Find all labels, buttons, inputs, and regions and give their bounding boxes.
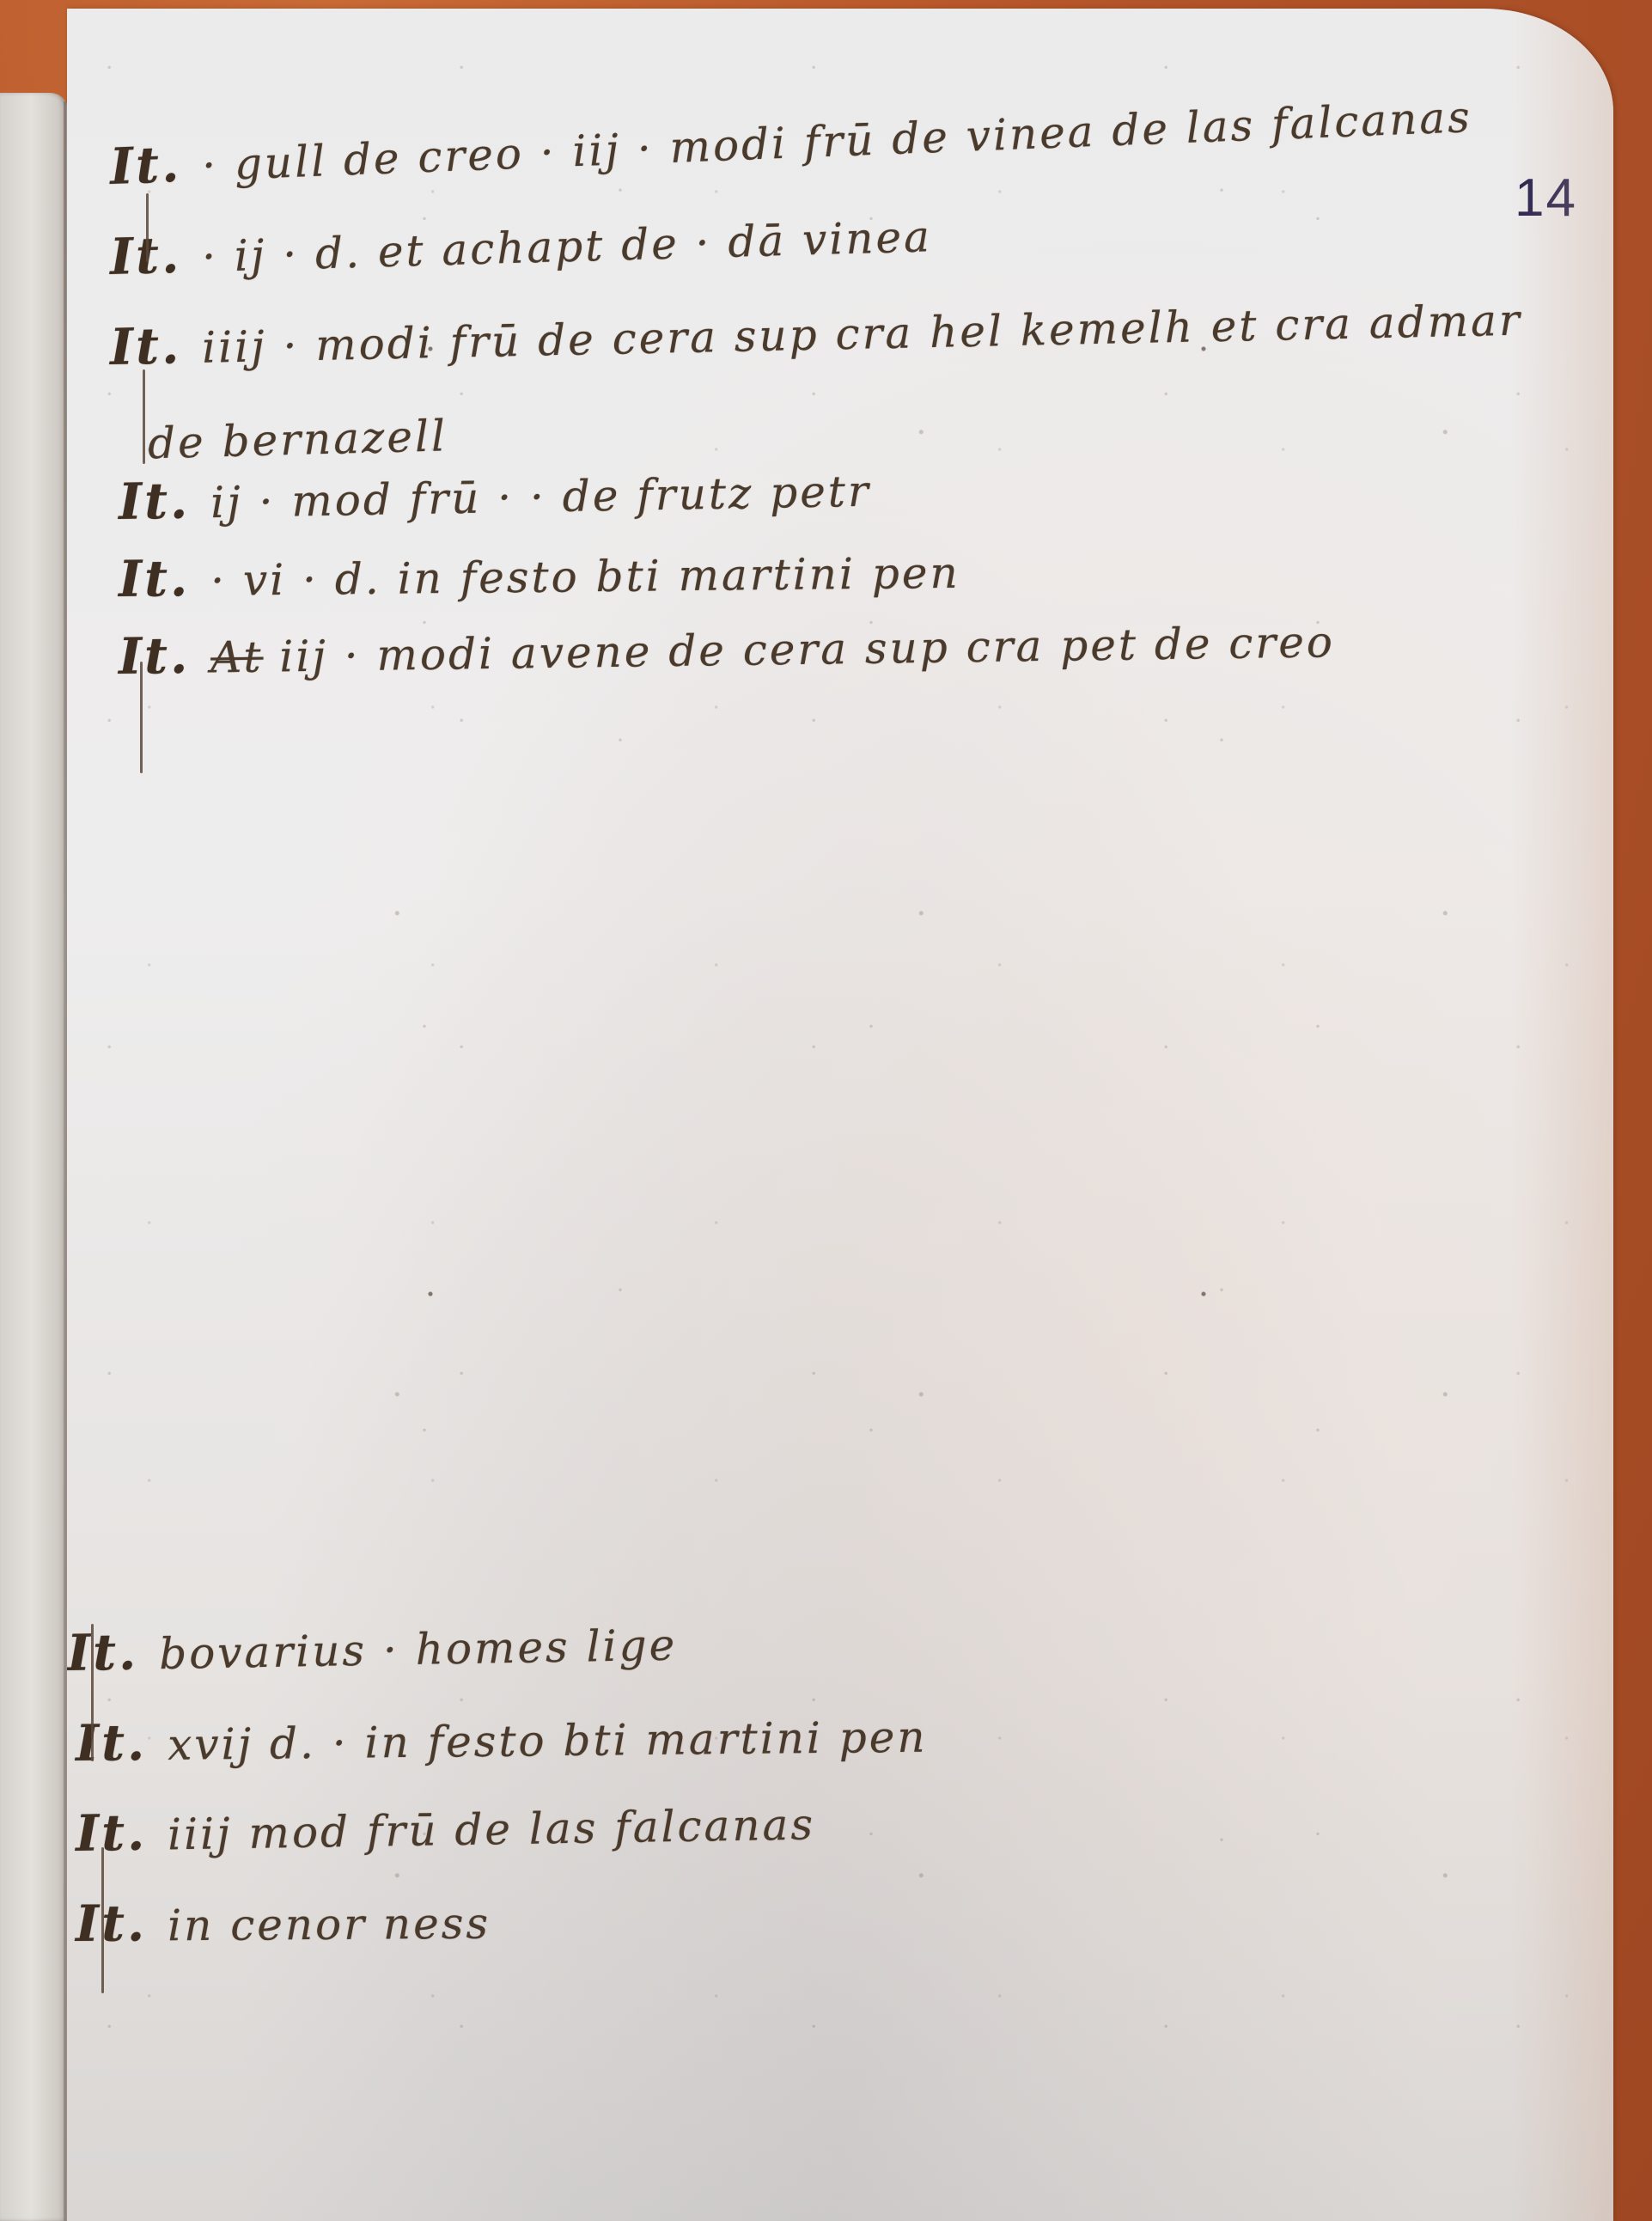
entry-text: · gull de creo · iij · modi frū de vinea… xyxy=(201,92,1473,191)
entry-text: · vi · d. in festo bti martini pen xyxy=(210,548,960,606)
entry-text: iiij · modi frū de cera sup cra hel keme… xyxy=(202,296,1523,373)
item-marker: It. xyxy=(109,135,183,196)
item-marker: It. xyxy=(119,626,191,686)
entry-line: It.At iij · modi avene de cera sup cra p… xyxy=(119,610,1336,686)
item-marker: It. xyxy=(119,549,191,608)
entry-text: iiij mod frū de las falcanas xyxy=(168,1799,816,1859)
gutter-shadow-line xyxy=(64,101,66,2221)
entry-text: · ij · d. et achapt de · dā vinea xyxy=(201,211,932,282)
folio-number: 14 xyxy=(1515,168,1577,229)
item-marker: It. xyxy=(109,316,182,376)
entry-line: It.ij · mod frū · · de frutz petr xyxy=(118,460,871,531)
ink-descender xyxy=(140,662,143,773)
entry-line: It.in cenor ness xyxy=(76,1892,491,1953)
item-marker: It. xyxy=(75,1803,147,1863)
entry-line: It.· ij · d. et achapt de · dā vinea xyxy=(109,204,933,286)
item-marker: It. xyxy=(76,1713,148,1773)
entry-text: iij · modi avene de cera sup cra pet de … xyxy=(279,617,1335,681)
ink-descender xyxy=(101,1847,104,1993)
ink-descender xyxy=(91,1624,94,1761)
ink-descender xyxy=(146,193,149,262)
entry-text: de bernazell xyxy=(147,411,448,468)
entry-text: xvij d. · in festo bti martini pen xyxy=(168,1712,928,1770)
entry-line: It.· gull de creo · iij · modi frū de vi… xyxy=(109,85,1473,196)
entry-line: It.iiij mod frū de las falcanas xyxy=(75,1792,815,1863)
manuscript-page: 14 It.· gull de creo · iij · modi frū de… xyxy=(67,9,1613,2221)
entry-line: de bernazell xyxy=(126,404,448,471)
entry-text: bovarius · homes lige xyxy=(159,1620,678,1680)
entry-line: It.· vi · d. in festo bti martini pen xyxy=(119,541,960,608)
item-marker xyxy=(126,412,128,471)
entry-line: It.bovarius · homes lige xyxy=(67,1614,678,1682)
entry-line: It.xvij d. · in festo bti martini pen xyxy=(76,1705,928,1773)
item-marker: It. xyxy=(118,472,190,531)
entry-text: ij · mod frū · · de frutz petr xyxy=(210,467,872,528)
ink-descender xyxy=(143,369,145,464)
entry-text: in cenor ness xyxy=(168,1899,491,1951)
previous-leaf-edge xyxy=(0,93,69,2221)
item-marker: It. xyxy=(67,1623,139,1682)
item-marker: It. xyxy=(76,1894,148,1953)
entry-line: It.iiij · modi frū de cera sup cra hel k… xyxy=(109,289,1522,376)
struck-word: At xyxy=(210,632,264,683)
